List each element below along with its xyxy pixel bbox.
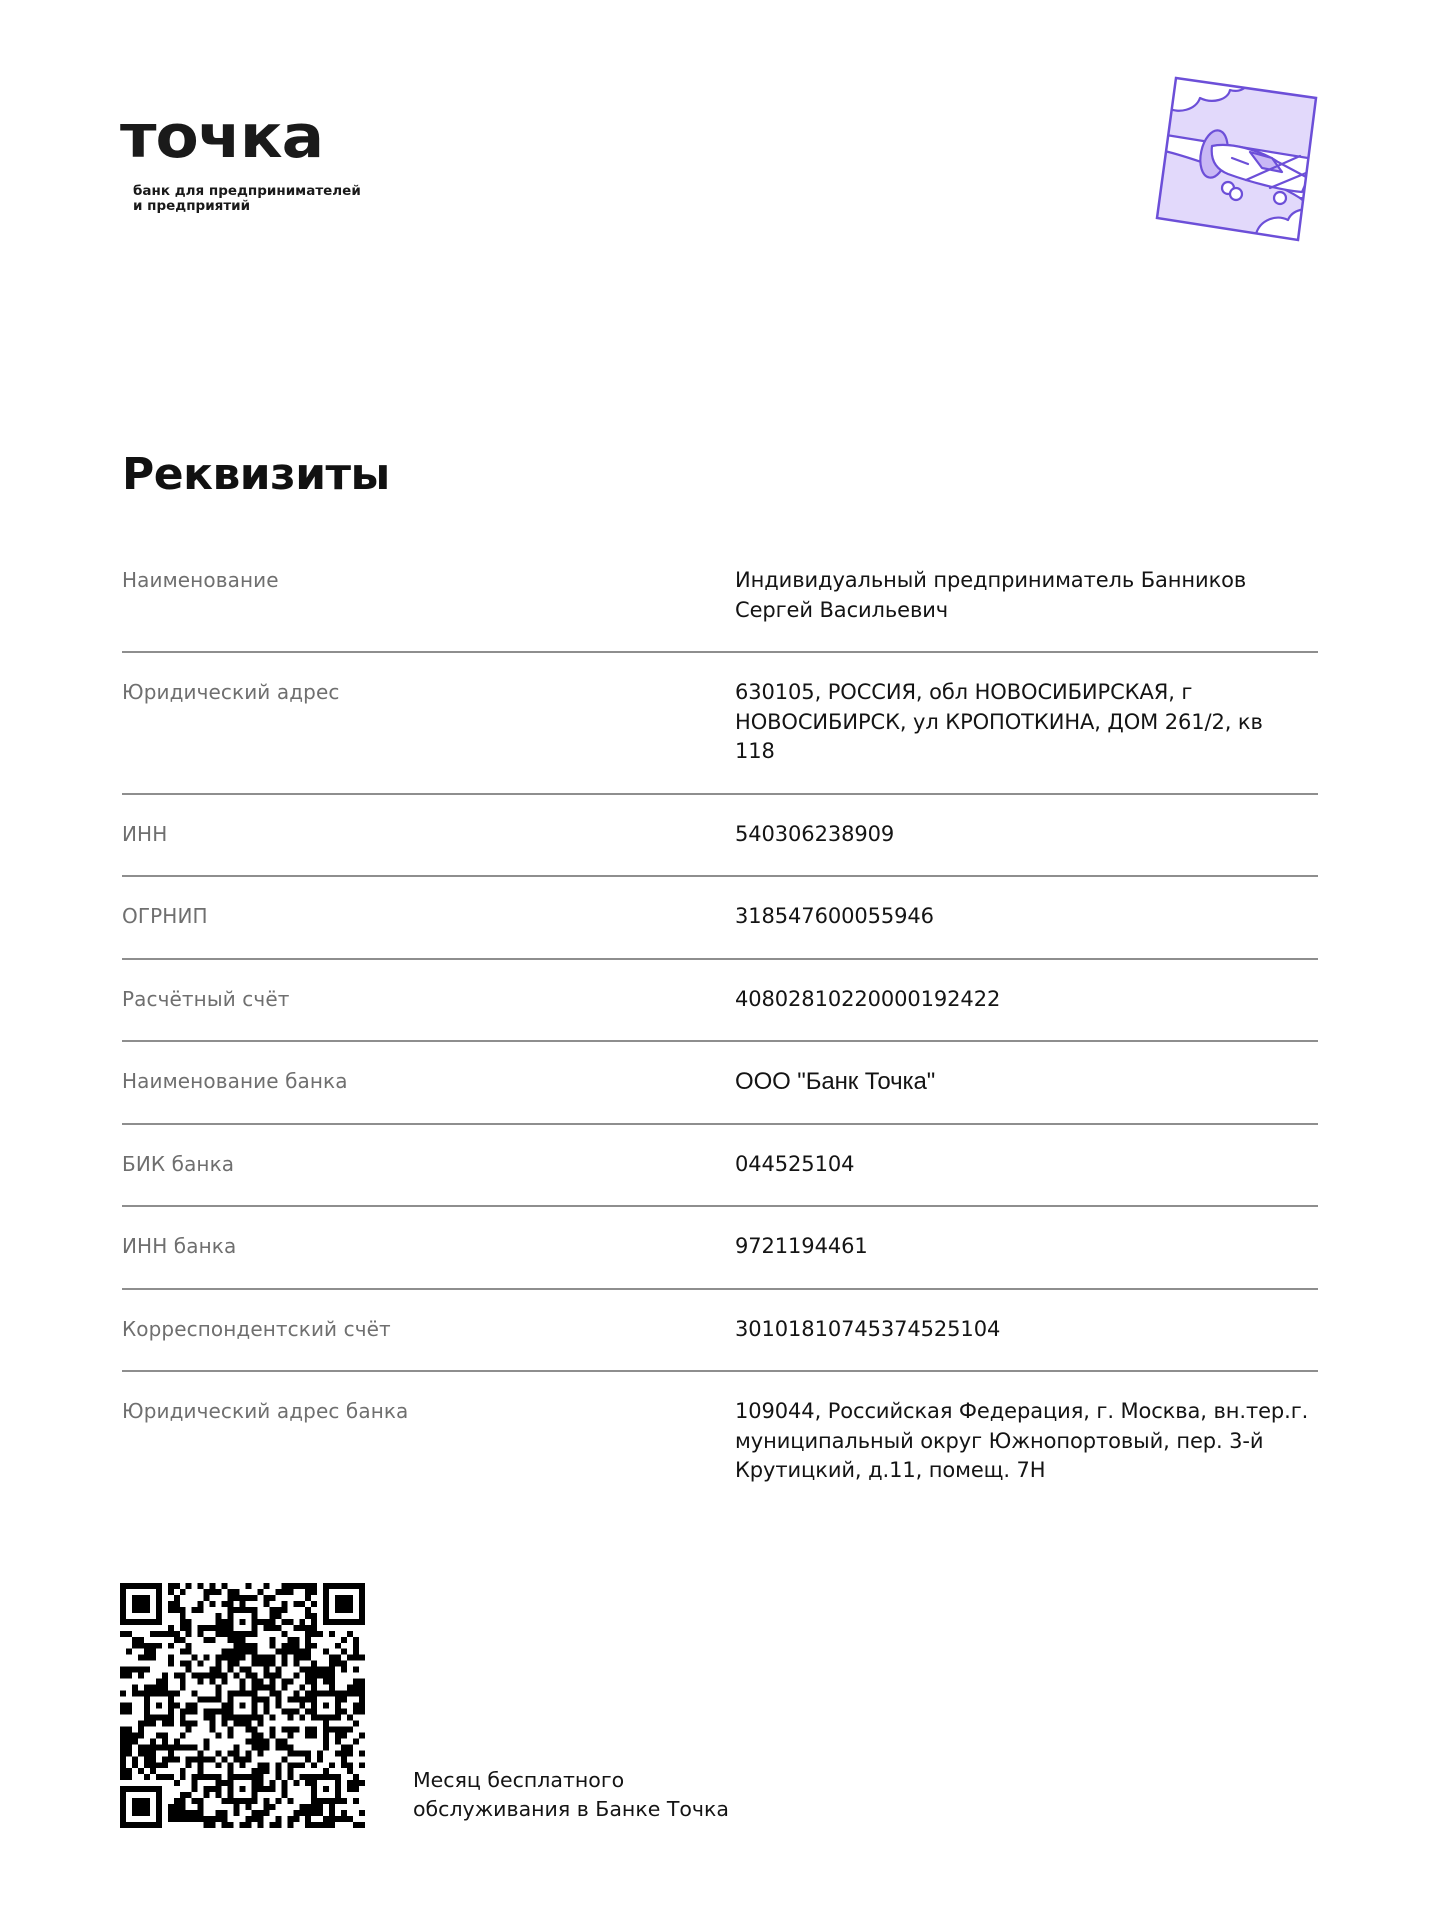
requisite-row: Юридический адрес банка 109044, Российск… <box>122 1372 1318 1512</box>
requisite-value[interactable]: 540306238909 <box>735 820 1318 850</box>
requisite-row: ОГРНИП 318547600055946 <box>122 877 1318 960</box>
requisite-value[interactable]: Индивидуальный предприниматель Банников … <box>735 566 1318 625</box>
requisite-value[interactable]: 044525104 <box>735 1150 1318 1180</box>
requisite-row: Расчётный счёт 40802810220000192422 <box>122 960 1318 1043</box>
requisite-label: Юридический адрес банка <box>122 1397 735 1486</box>
requisites-table: Наименование Индивидуальный предпринимат… <box>122 541 1318 1512</box>
requisite-label: ОГРНИП <box>122 902 735 932</box>
requisite-label: БИК банка <box>122 1150 735 1180</box>
requisite-value[interactable]: 9721194461 <box>735 1232 1318 1262</box>
qr-code-icon[interactable] <box>120 1583 365 1828</box>
requisite-row: Юридический адрес 630105, РОССИЯ, обл НО… <box>122 653 1318 795</box>
bank-logo: точка банк для предпринимателей и предпр… <box>120 104 313 170</box>
requisite-label: Юридический адрес <box>122 678 735 767</box>
requisite-value[interactable]: 30101810745374525104 <box>735 1315 1318 1345</box>
page-title: Реквизиты <box>122 448 390 502</box>
requisite-label: Наименование банка <box>122 1067 735 1097</box>
airplane-stamp-icon <box>1150 70 1330 250</box>
requisite-label: Наименование <box>122 566 735 625</box>
requisite-label: ИНН банка <box>122 1232 735 1262</box>
requisite-label: Корреспондентский счёт <box>122 1315 735 1345</box>
requisite-value[interactable]: 630105, РОССИЯ, обл НОВОСИБИРСКАЯ, г НОВ… <box>735 678 1318 767</box>
requisite-value[interactable]: ООО "Банк Точка" <box>735 1067 1318 1097</box>
promo-text: Месяц бесплатного обслуживания в Банке Т… <box>413 1766 729 1824</box>
logo-wordmark: точка <box>120 104 323 170</box>
requisite-label: Расчётный счёт <box>122 985 735 1015</box>
requisite-row: Наименование банка ООО "Банк Точка" <box>122 1042 1318 1125</box>
requisite-row: ИНН 540306238909 <box>122 795 1318 878</box>
requisite-value[interactable]: 40802810220000192422 <box>735 985 1318 1015</box>
logo-tagline: банк для предпринимателей и предприятий <box>133 184 393 214</box>
requisite-row: Наименование Индивидуальный предпринимат… <box>122 541 1318 653</box>
requisite-row: БИК банка 044525104 <box>122 1125 1318 1208</box>
requisite-label: ИНН <box>122 820 735 850</box>
requisite-value[interactable]: 109044, Российская Федерация, г. Москва,… <box>735 1397 1318 1486</box>
requisite-row: Корреспондентский счёт 30101810745374525… <box>122 1290 1318 1373</box>
requisite-value[interactable]: 318547600055946 <box>735 902 1318 932</box>
requisite-row: ИНН банка 9721194461 <box>122 1207 1318 1290</box>
